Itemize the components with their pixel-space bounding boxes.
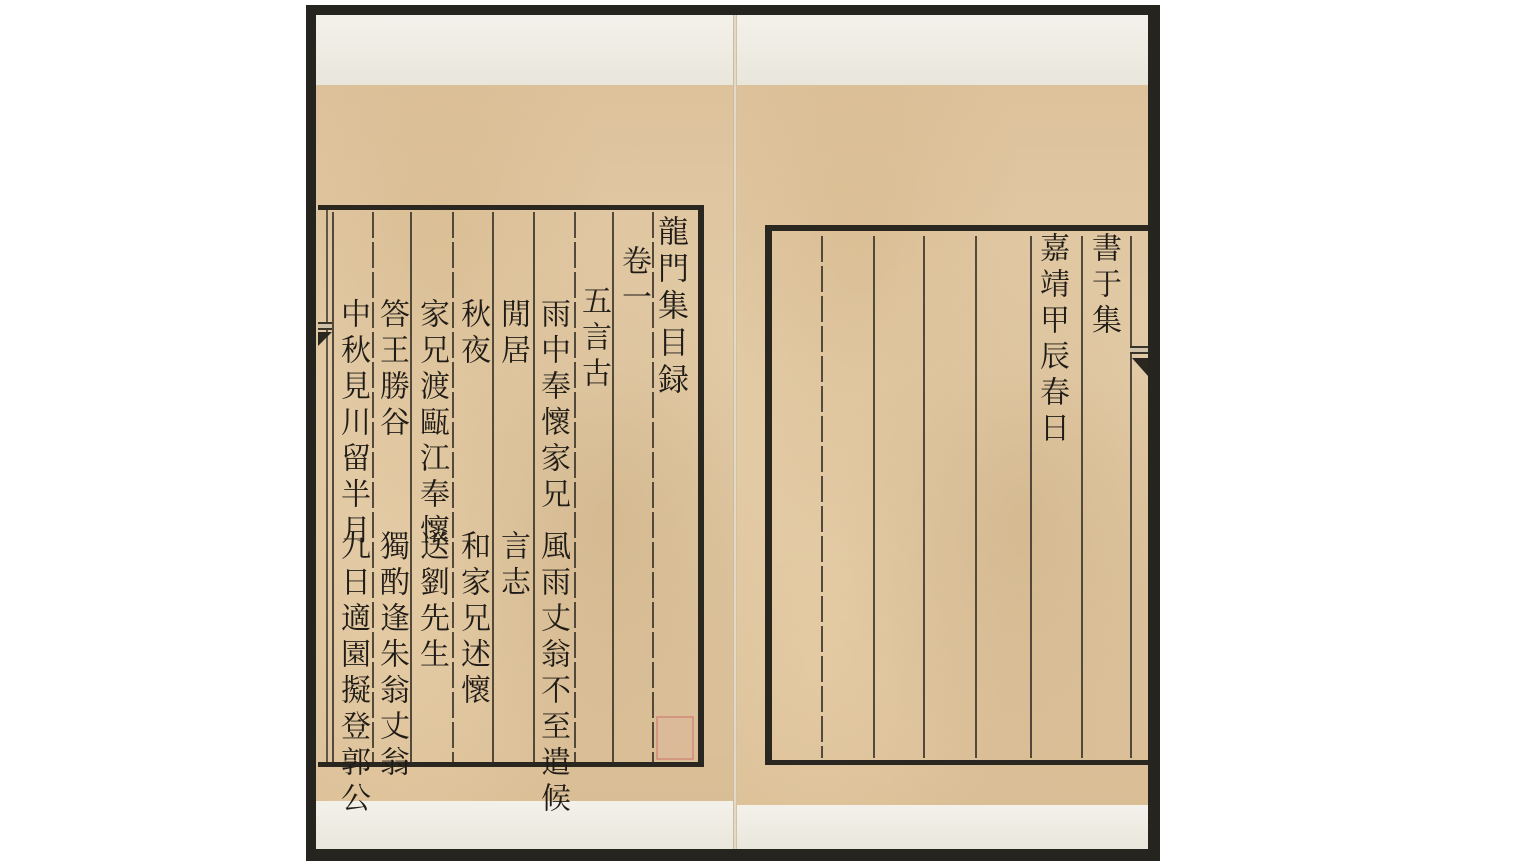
poem-title: 中秋見川留半月 bbox=[337, 298, 367, 550]
poem-title: 和家兄述懷 bbox=[457, 530, 487, 710]
fishtail-marker-right bbox=[1130, 346, 1148, 354]
column-rule bbox=[1030, 236, 1032, 758]
column-rule bbox=[975, 236, 977, 758]
poem-title: 風雨丈翁不至遣候 bbox=[537, 530, 567, 818]
column-rule bbox=[1130, 236, 1132, 758]
column-rule bbox=[1081, 236, 1083, 758]
column-rule bbox=[332, 212, 334, 762]
book-gutter bbox=[733, 15, 737, 849]
volume-label: 卷一 bbox=[618, 245, 648, 317]
poem-title: 家兄渡甌江奉懷 bbox=[416, 298, 446, 550]
left-page-bottom-margin bbox=[316, 801, 734, 849]
collector-seal bbox=[656, 716, 694, 760]
column-rule bbox=[492, 212, 494, 762]
poem-title: 送劉先生 bbox=[416, 530, 446, 674]
poem-title: 閒居 bbox=[497, 298, 527, 370]
fishtail-marker-left bbox=[318, 322, 332, 330]
poem-title: 九日適園擬登郭公 bbox=[337, 530, 367, 818]
fishtail-marker-right-shape bbox=[1132, 358, 1148, 376]
poem-title: 獨酌逢朱翁丈翁 bbox=[376, 530, 406, 782]
column-rule bbox=[821, 236, 823, 758]
catalog-title: 龍門集目録 bbox=[654, 215, 685, 400]
left-page-top-margin bbox=[316, 15, 734, 85]
colophon-text: 書于集 bbox=[1088, 232, 1118, 340]
column-rule bbox=[612, 212, 614, 762]
right-page-top-margin bbox=[736, 15, 1148, 85]
section-label: 五言古 bbox=[578, 285, 608, 393]
column-rule bbox=[452, 212, 454, 762]
fishtail-marker-left-shape bbox=[318, 332, 332, 346]
right-page-bottom-margin bbox=[736, 805, 1148, 849]
column-rule bbox=[923, 236, 925, 758]
poem-title: 答王勝谷 bbox=[376, 298, 406, 442]
poem-title: 雨中奉懷家兄 bbox=[537, 298, 567, 514]
poem-title: 秋夜 bbox=[457, 298, 487, 370]
column-rule bbox=[873, 236, 875, 758]
poem-title: 言志 bbox=[497, 530, 527, 602]
column-rule bbox=[410, 212, 412, 762]
colophon-date: 嘉靖甲辰春日 bbox=[1036, 232, 1066, 448]
